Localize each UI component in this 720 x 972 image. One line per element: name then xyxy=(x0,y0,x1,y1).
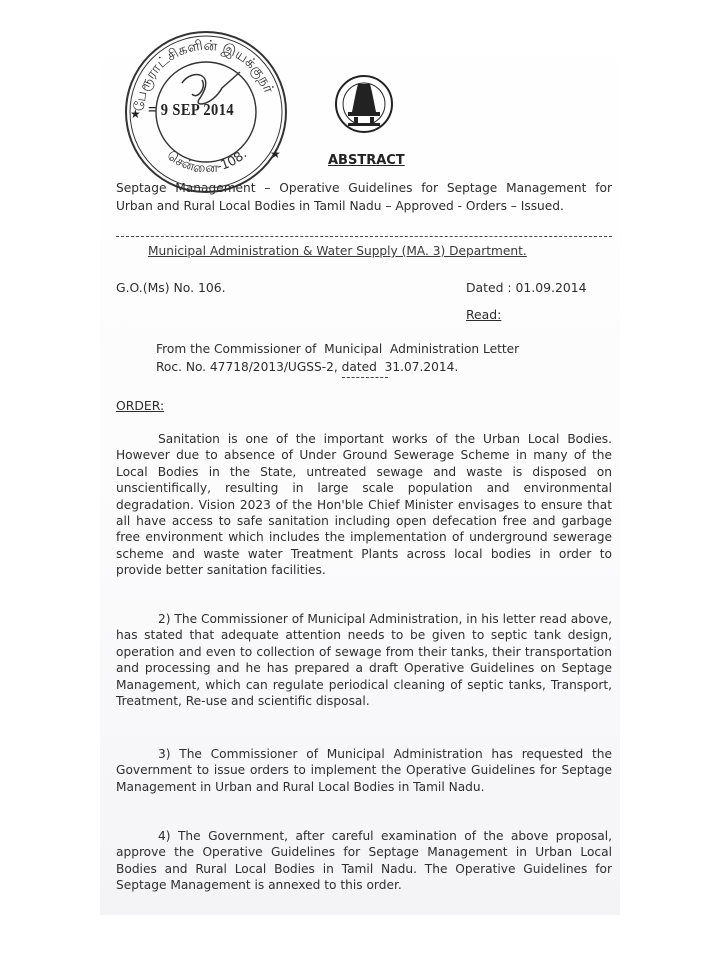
order-date: Dated : 01.09.2014 xyxy=(466,280,586,295)
order-heading: ORDER: xyxy=(116,398,164,413)
section-separator xyxy=(342,377,388,378)
svg-text:★: ★ xyxy=(270,147,281,161)
dashed-divider xyxy=(116,236,612,237)
government-emblem xyxy=(334,70,394,142)
department-name: Municipal Administration & Water Supply … xyxy=(148,244,527,258)
order-paragraph-3: 3) The Commissioner of Municipal Adminis… xyxy=(116,746,612,795)
order-paragraph-2: 2) The Commissioner of Municipal Adminis… xyxy=(116,611,612,709)
read-label: Read: xyxy=(466,307,501,322)
read-reference-line-2: Roc. No. 47718/2013/UGSS-2, dated 31.07.… xyxy=(156,358,519,376)
tamil-nadu-emblem-icon xyxy=(334,70,394,142)
svg-text:★: ★ xyxy=(130,107,141,121)
read-reference-line-1: From the Commissioner of Municipal Admin… xyxy=(156,340,519,358)
order-paragraph-4: 4) The Government, after careful examina… xyxy=(116,828,612,894)
abstract-title: ABSTRACT xyxy=(328,153,405,168)
read-reference: From the Commissioner of Municipal Admin… xyxy=(156,340,519,376)
go-number: G.O.(Ms) No. 106. xyxy=(116,280,226,295)
order-paragraph-1: Sanitation is one of the important works… xyxy=(116,431,612,579)
stamp-date: = 9 SEP 2014 xyxy=(148,100,234,120)
abstract-subject: Septage Management – Operative Guideline… xyxy=(116,180,612,215)
svg-text:சென்னை-108.: சென்னை-108. xyxy=(164,147,250,176)
